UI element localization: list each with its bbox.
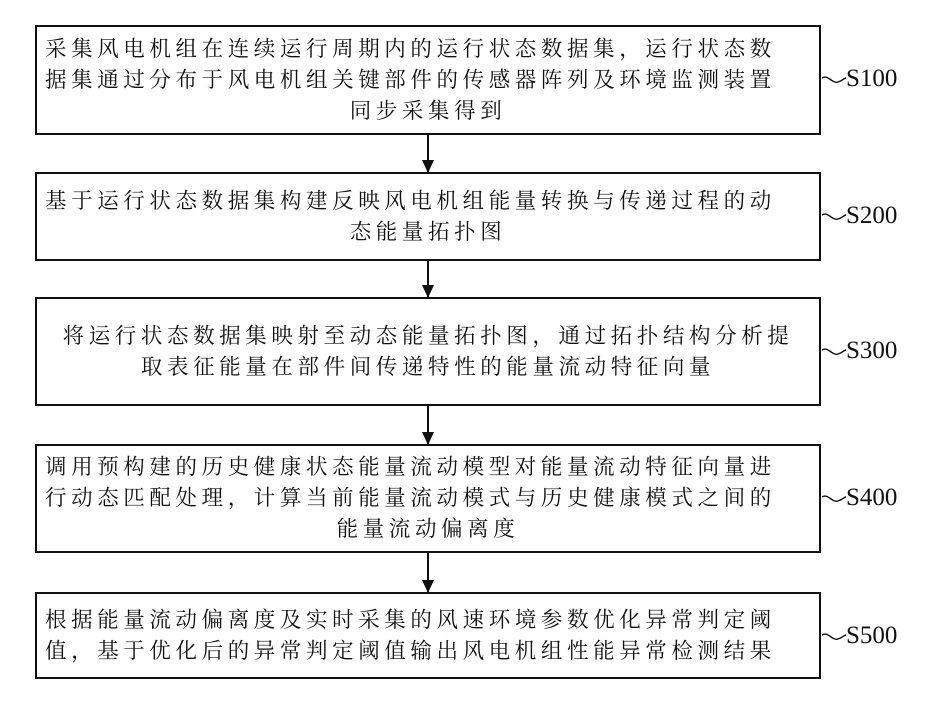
flow-arrow-s100-s200 <box>427 135 429 172</box>
step-label-text: S200 <box>846 202 897 230</box>
step-box-s200: 基于运行状态数据集构建反映风电机组能量转换与传递过程的动 态能量拓扑图 <box>35 172 821 261</box>
step-text-line: 根据能量流动偏离度及实时采集的风速环境参数优化异常判定阈 <box>45 605 811 636</box>
step-label-text: S100 <box>846 65 897 93</box>
step-text-line: 将运行状态数据集映射至动态能量拓扑图，通过拓扑结构分析提 <box>45 321 811 352</box>
step-label-text: S500 <box>846 622 897 650</box>
step-label-s200: S200 <box>822 204 897 228</box>
step-text-line: 据集通过分布于风电机组关键部件的传感器阵列及环境监测装置 <box>45 65 811 96</box>
step-text-line: 能量流动偏离度 <box>45 514 811 545</box>
step-label-s100: S100 <box>822 67 897 91</box>
leader-line-icon <box>822 629 846 643</box>
step-label-text: S400 <box>846 484 897 512</box>
leader-line-icon <box>822 344 846 358</box>
leader-line-icon <box>822 491 846 505</box>
step-label-text: S300 <box>846 337 897 365</box>
step-text-line: 态能量拓扑图 <box>45 217 811 248</box>
step-text-line: 基于运行状态数据集构建反映风电机组能量转换与传递过程的动 <box>45 186 811 217</box>
leader-line-icon <box>822 72 846 86</box>
step-label-s500: S500 <box>822 624 897 648</box>
leader-line-icon <box>822 209 846 223</box>
step-box-s300: 将运行状态数据集映射至动态能量拓扑图，通过拓扑结构分析提 取表征能量在部件间传递… <box>35 297 821 406</box>
step-box-s100: 采集风电机组在连续运行周期内的运行状态数据集，运行状态数 据集通过分布于风电机组… <box>35 25 821 135</box>
flow-arrow-s400-s500 <box>427 553 429 592</box>
step-text-line: 行动态匹配处理，计算当前能量流动模式与历史健康模式之间的 <box>45 483 811 514</box>
step-box-s500: 根据能量流动偏离度及实时采集的风速环境参数优化异常判定阈 值，基于优化后的异常判… <box>35 592 821 679</box>
step-label-s300: S300 <box>822 339 897 363</box>
step-text-line: 同步采集得到 <box>45 96 811 127</box>
step-label-s400: S400 <box>822 486 897 510</box>
step-text-line: 调用预构建的历史健康状态能量流动模型对能量流动特征向量进 <box>45 452 811 483</box>
step-text-line: 取表征能量在部件间传递特性的能量流动特征向量 <box>45 352 811 383</box>
step-text-line: 采集风电机组在连续运行周期内的运行状态数据集，运行状态数 <box>45 34 811 65</box>
flow-arrow-s200-s300 <box>427 261 429 297</box>
step-text-line: 值，基于优化后的异常判定阈值输出风电机组性能异常检测结果 <box>45 636 811 667</box>
step-box-s400: 调用预构建的历史健康状态能量流动模型对能量流动特征向量进 行动态匹配处理，计算当… <box>35 444 821 553</box>
flow-arrow-s300-s400 <box>427 406 429 444</box>
